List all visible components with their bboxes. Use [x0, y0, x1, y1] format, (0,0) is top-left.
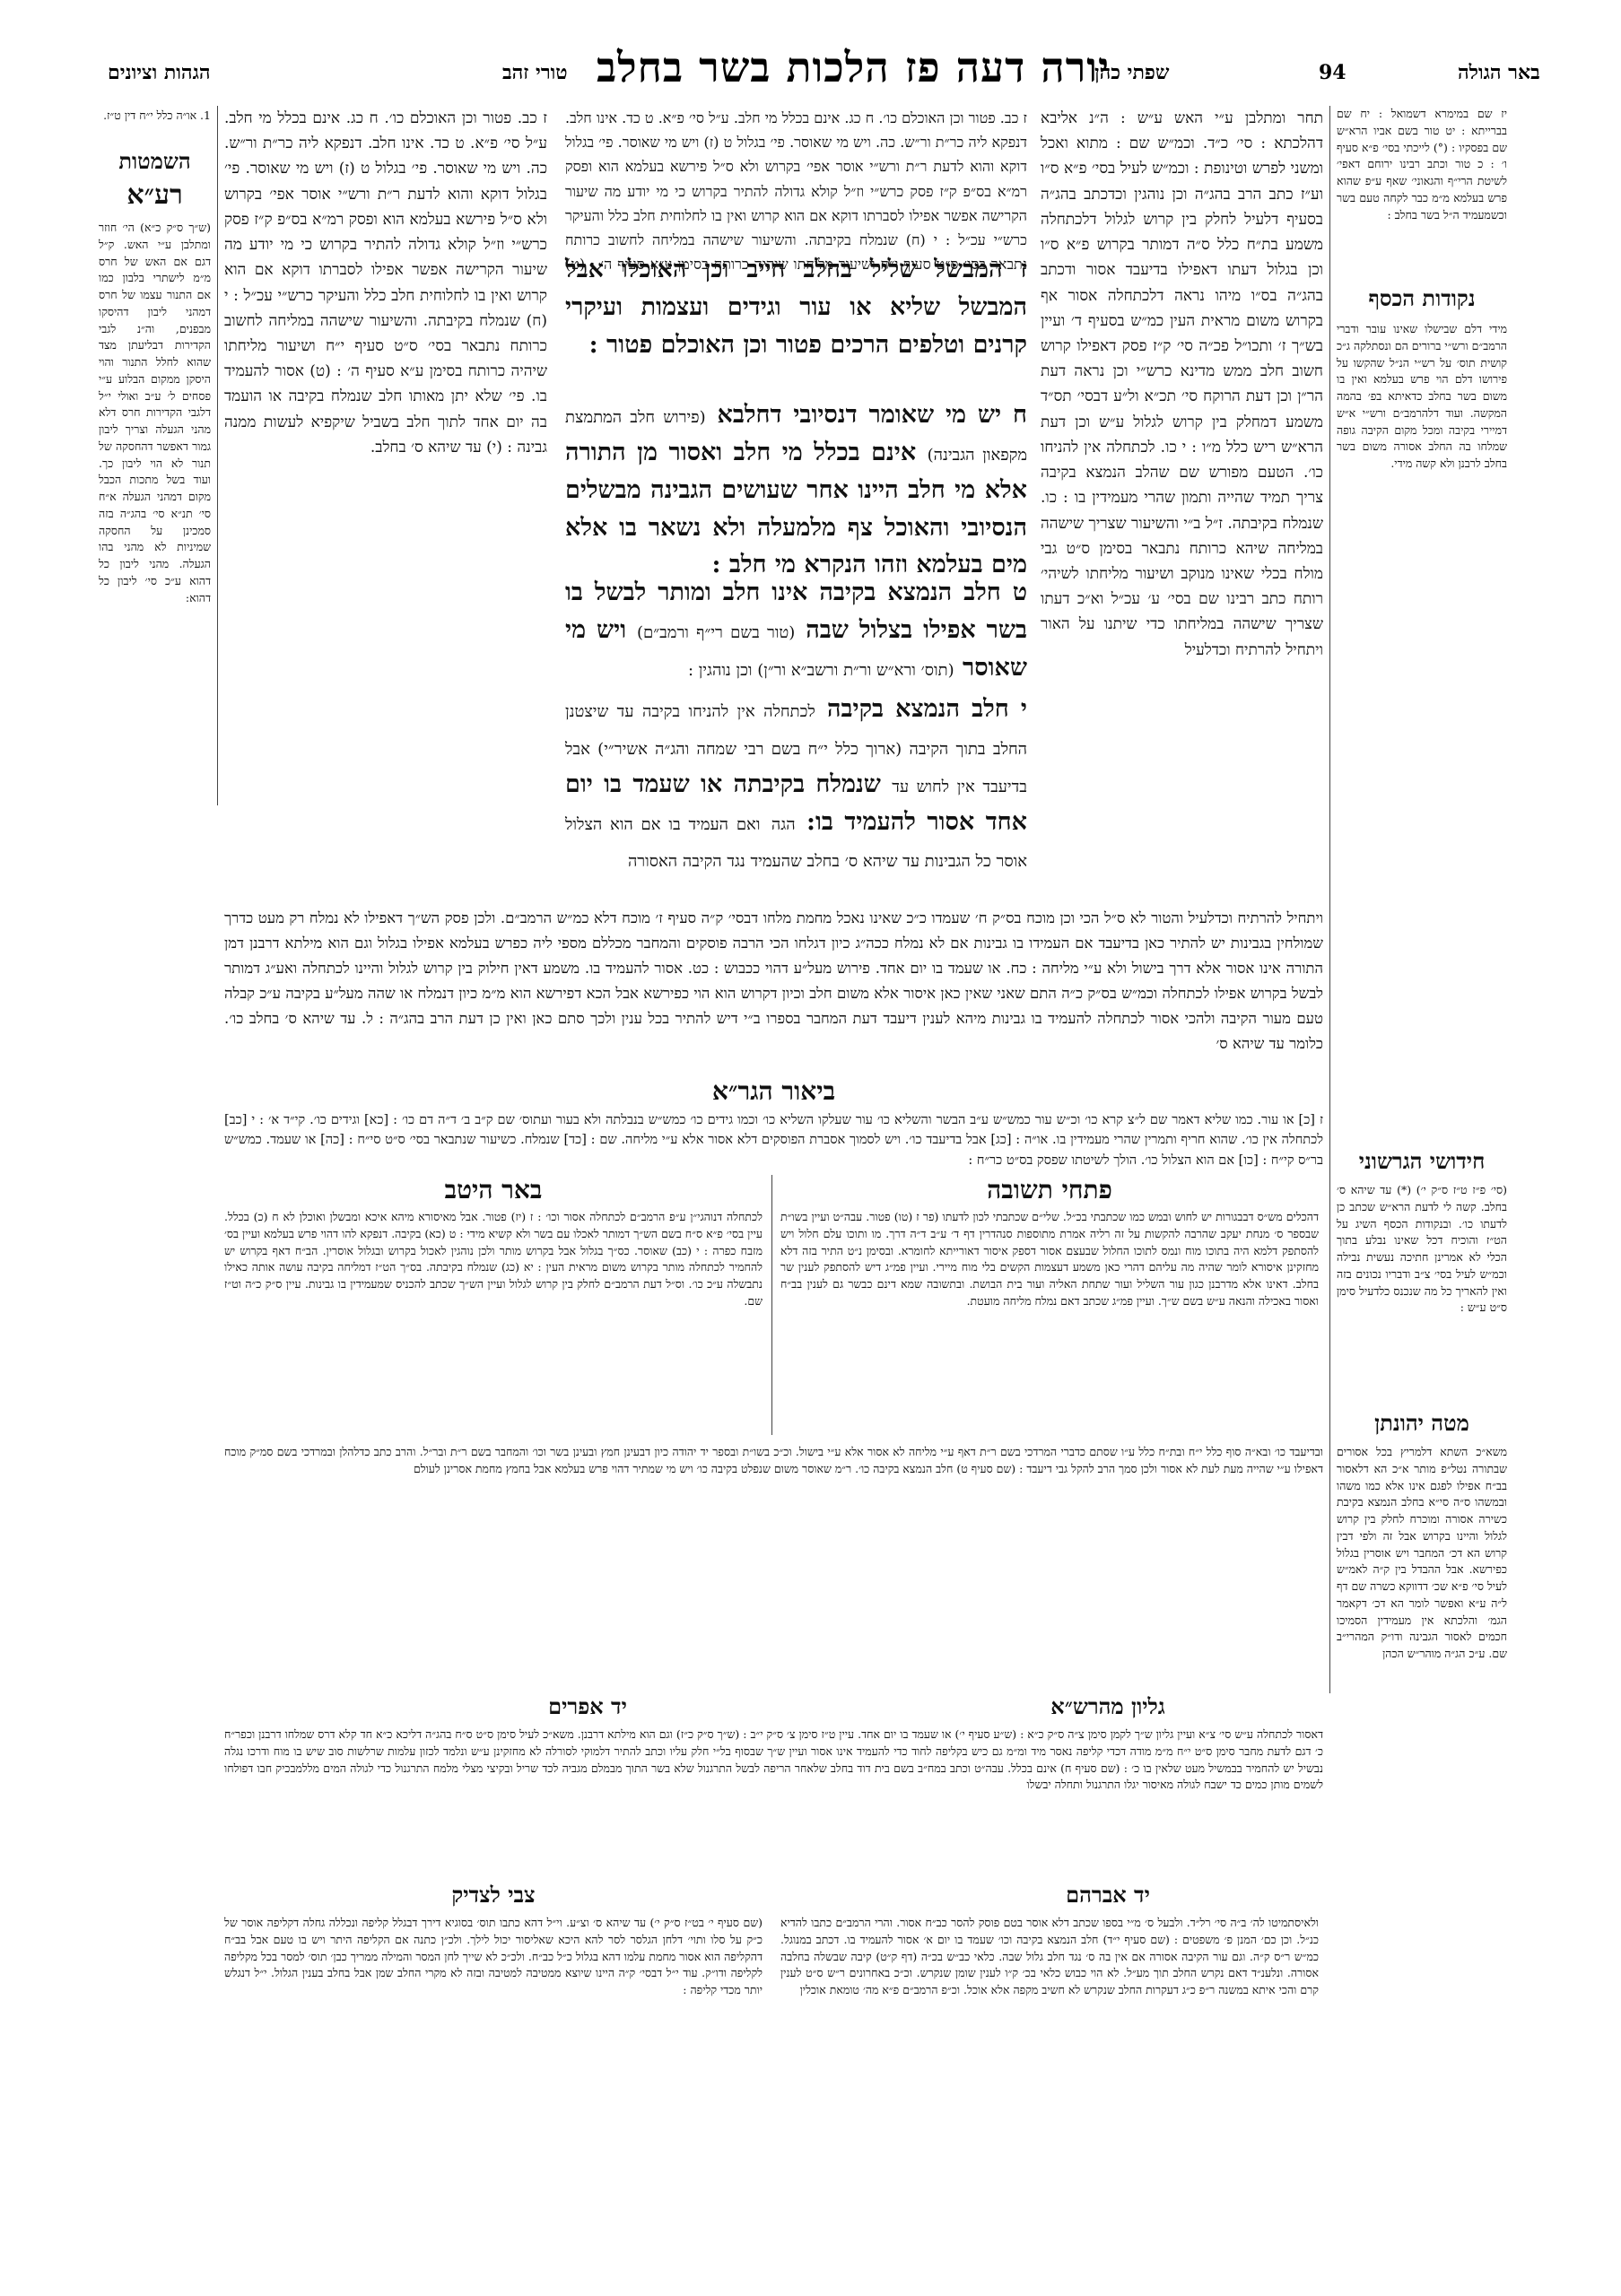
page-number: 94 — [1319, 61, 1346, 84]
column-divider — [771, 1175, 772, 1435]
baer-heitev-text: לכתחלה דנוהגי״ן ע״פ הרמב״ם לכתחלה אסור ו… — [224, 1209, 763, 1433]
column-divider — [217, 106, 218, 805]
seif-10: י חלב הנמצא בקיבה לכתחלה אין להניחו בקיב… — [565, 691, 1027, 897]
gilyon-maharsha-text: דאסור לכתחלה ע״ש סי׳ צ״א ועיין גליון ש״ך… — [224, 1726, 1323, 1879]
yad-avraham-text: ולאיסתמיטו לה׳ ב״ה סי׳ רל״ד. ולבעל ס׳ מ״… — [780, 1915, 1319, 2094]
seif-9-source2: (תוס׳ ורא״ש ור״ת ורשב״א ור״ן) וכן נוהגין… — [688, 661, 954, 680]
footnote-block: ובדיעבד כו׳ ובא״ה סוף כלל י״ח ובת״ח כלל … — [224, 1444, 1323, 1686]
seif-7-letter: ז — [1020, 256, 1027, 283]
commentary-continuation: ויתחיל להרתיח וכדלעיל והטור לא ס״ל הכי ו… — [224, 906, 1323, 1067]
seif-9-text: חלב הנמצא בקיבה אינו חלב ומותר לבשל בו ב… — [565, 578, 1027, 644]
header-beer-hagolah: באר הגולה — [1458, 61, 1540, 84]
seif-10-text: חלב הנמצא בקיבה — [827, 695, 1009, 723]
seif-7-text: המבשל שליל בחלב חייב וכן האוכלו אבל המבש… — [565, 256, 1027, 359]
hashmatot-title: השמטות — [99, 148, 211, 175]
gilyon-maharsha-title: גליון מהרש״א — [897, 1693, 1319, 1720]
tzvi-latzaddik-title: צבי לצדיק — [224, 1882, 763, 1909]
header-hagahot: הגהות וציונים — [108, 61, 210, 84]
hagahot-note-1: 1. או״ה כלל י״ח דין ט״ז. — [99, 108, 211, 125]
seif-8-letter: ח — [1013, 401, 1027, 429]
header-taz: טורי זהב — [502, 61, 568, 84]
seif-8-text-start: יש מי שאומר דנסיובי דחלבא — [718, 401, 1002, 429]
nekudot-hakesef-title: נקודות הכסף — [1337, 285, 1507, 312]
pitchei-teshuvah-title: פתחי תשובה — [780, 1175, 1319, 1205]
hagah-label: הגה — [771, 815, 796, 834]
biur-hagra-text: ז [כ] או עור. כמו שליא דאמר שם ל״צ קרא כ… — [224, 1110, 1323, 1173]
seif-8: ח יש מי שאומר דנסיובי דחלבא (פירוש חלב ה… — [565, 396, 1027, 584]
biur-hagra-title: ביאור הגר״א — [224, 1076, 1323, 1107]
pitchei-teshuvah-text: דהכלים מש״ס דבבגורות יש לחוש ובמש כמו שכ… — [780, 1209, 1319, 1433]
taz-text: ז כב. פטור וכן האוכלם כו׳. ח כג. אינם בכ… — [224, 106, 547, 895]
shach-text: תחר ומתלבן ע״י האש ע״ש : ה״נ אליבא דהלכת… — [1041, 106, 1323, 895]
column-divider — [1329, 106, 1330, 1693]
seif-7: ז המבשל שליל בחלב חייב וכן האוכלו אבל המ… — [565, 251, 1027, 364]
seif-9-letter: ט — [1013, 578, 1027, 606]
hashmatot-text: (ש״ך ס״ק כ״א) הי׳ חוזר ומתלבן ע״י האש. ק… — [99, 220, 211, 812]
nekudot-hakesef-text: מידי דלם שבישלו שאינו עובר ודברי הרמב״ם … — [1337, 321, 1507, 1039]
hashmatot-subtitle: רע״א — [99, 179, 211, 211]
chiddushei-hagershuni-text: (סי׳ פ״ז ט״ז ס״ק י׳) (*) עד שיהא ס׳ בחלב… — [1337, 1182, 1507, 1388]
seif-10-letter: י — [1021, 695, 1027, 723]
yad-ephraim-title: יד אפרים — [377, 1693, 798, 1720]
page-title: יורה דעה פז הלכות בשר בחלב — [597, 43, 1110, 91]
seif-9-source: (טור בשם רי״ף ורמב״ם) — [637, 623, 795, 642]
seif-9: ט חלב הנמצא בקיבה אינו חלב ומותר לבשל בו… — [565, 574, 1027, 687]
yad-avraham-title: יד אברהם — [897, 1882, 1319, 1909]
baer-heitev-title: באר היטב — [224, 1175, 763, 1205]
mateh-yehonatan-text: משא״כ השתא דלמריץ בכל אסורים שבתורה נטל״… — [1337, 1444, 1507, 1686]
beer-hagolah-notes: יז שם במימרא דשמואל : יח שם בברייתא : יט… — [1337, 106, 1507, 223]
chiddushei-hagershuni-title: חידושי הגרשוני — [1337, 1148, 1507, 1175]
mateh-yehonatan-title: מטה יהונתן — [1337, 1410, 1507, 1437]
tzvi-latzaddik-text: (שם סעיף י׳ בט״ז ס״ק י׳) עד שיהא ס׳ וצ״ע… — [224, 1915, 763, 2031]
